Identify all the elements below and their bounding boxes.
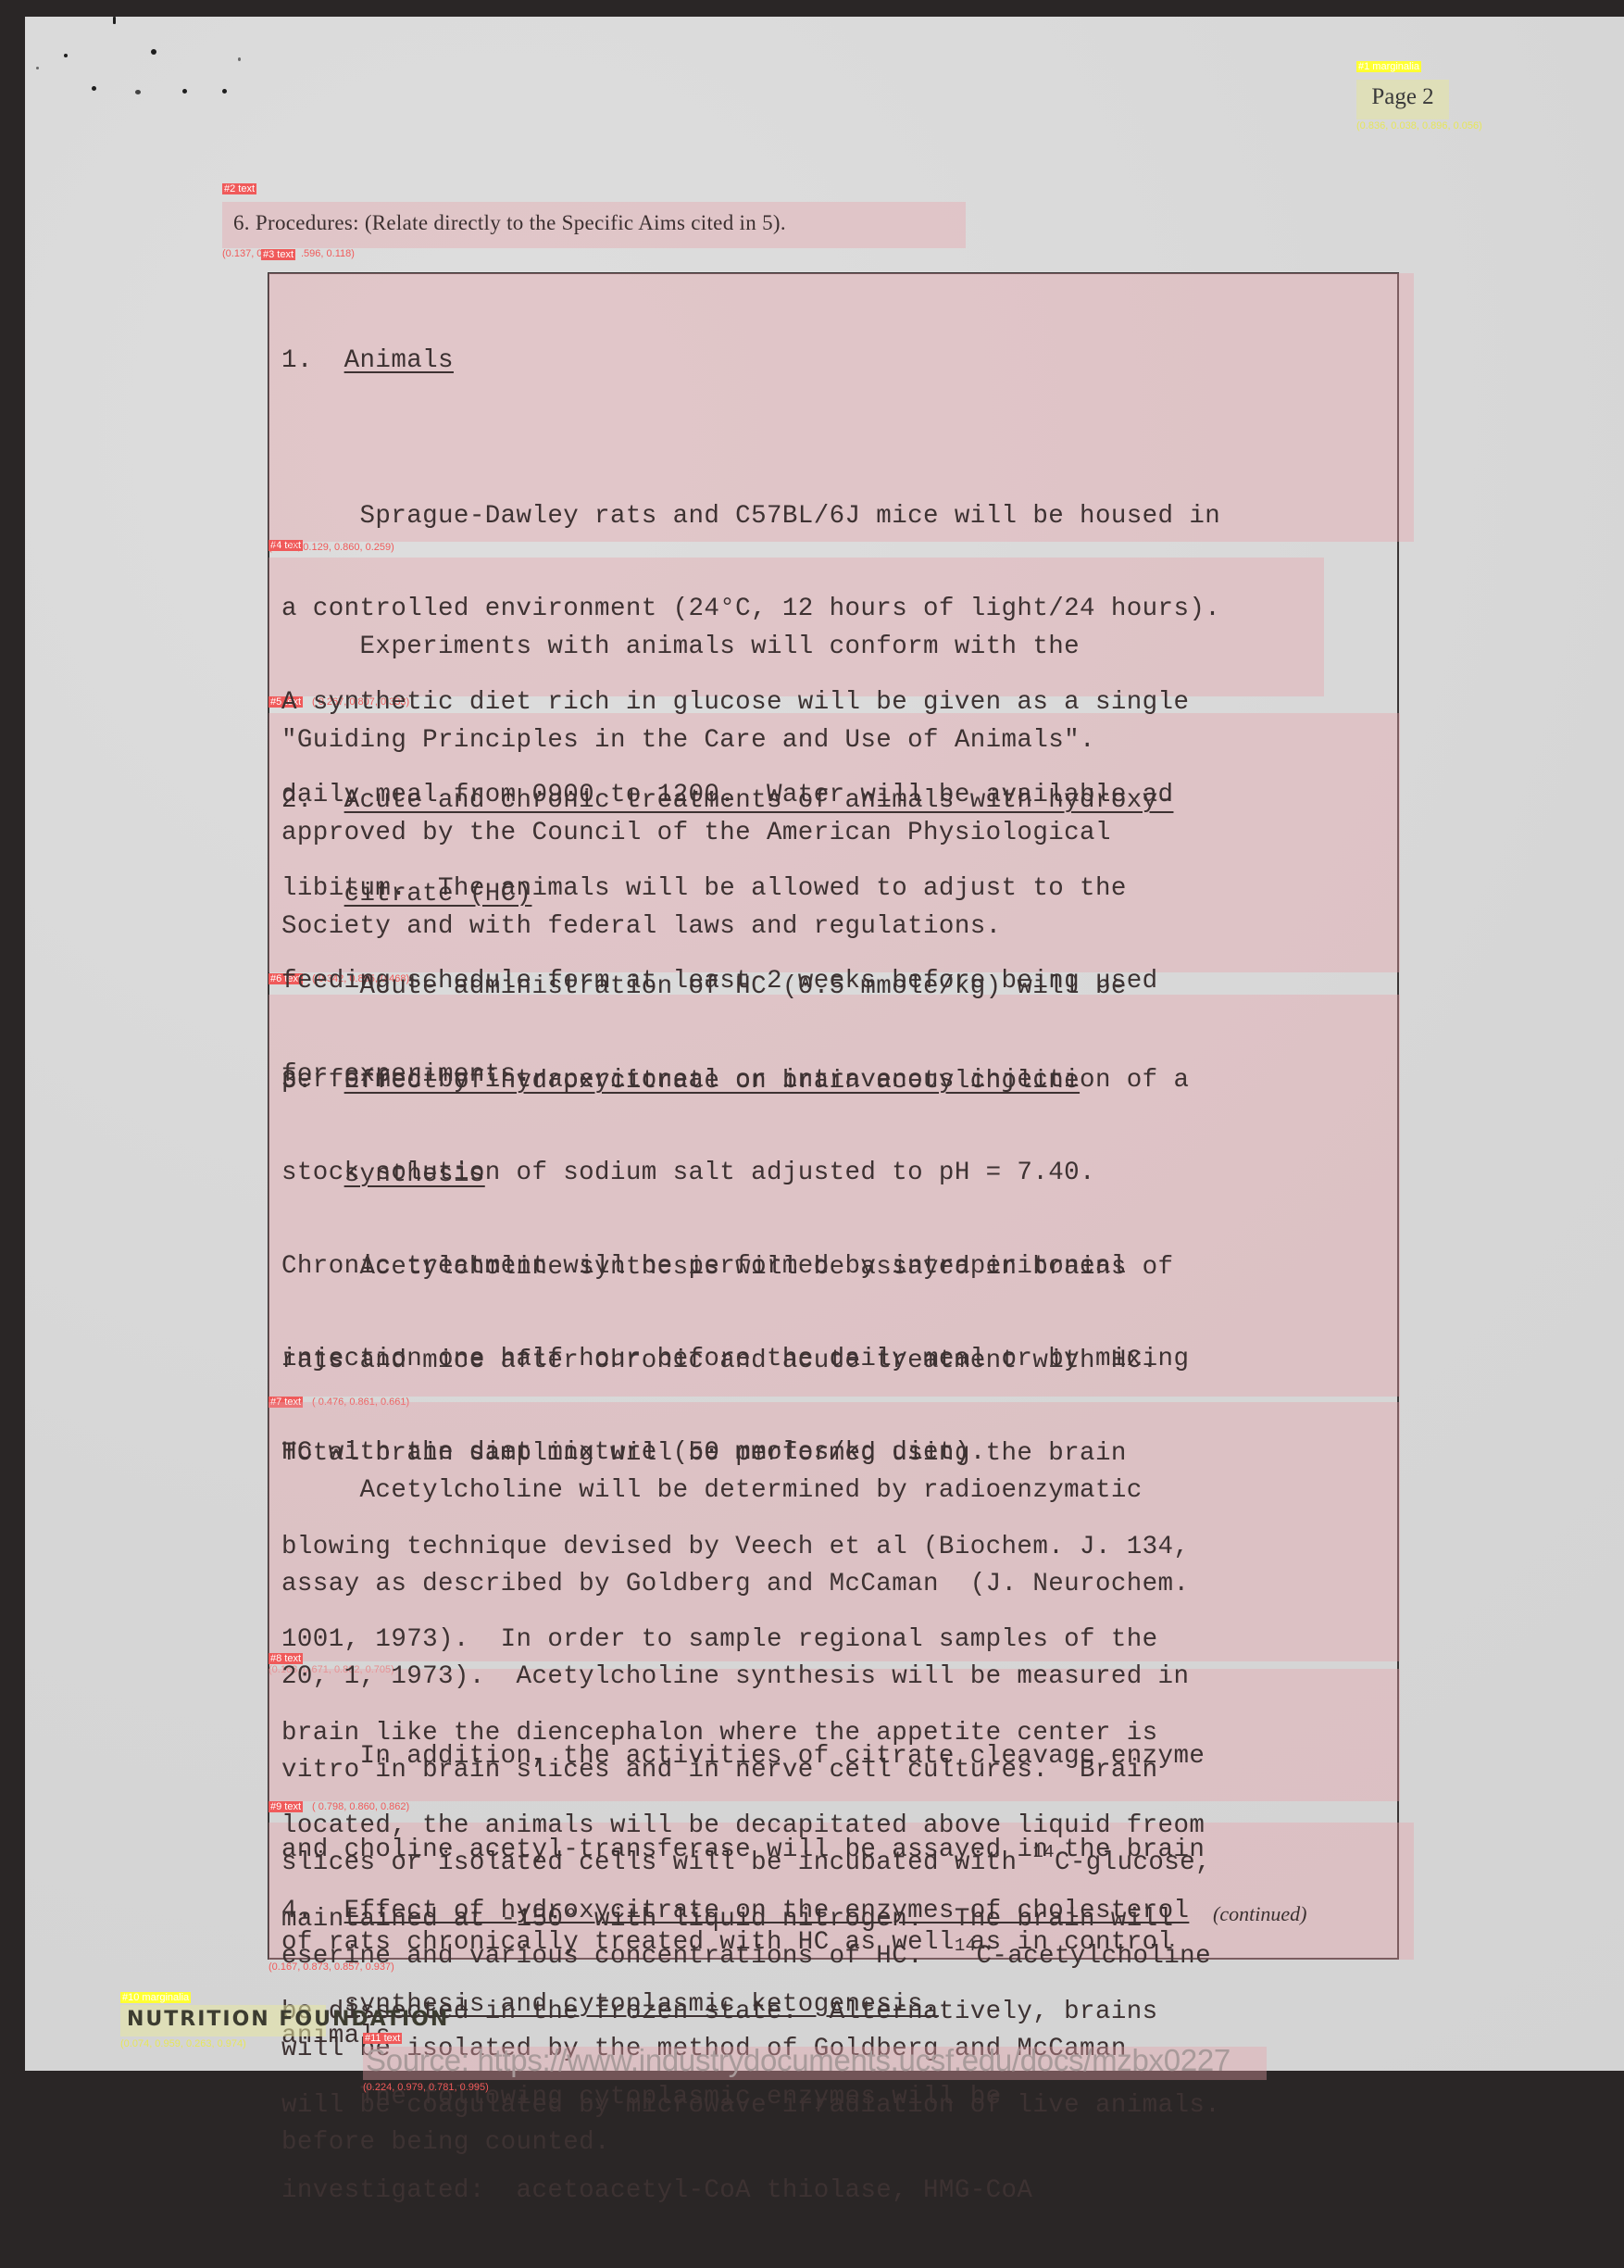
text-line: Experiments with animals will conform wi… (281, 632, 1111, 663)
text-line: Acetylcholine will be determined by radi… (281, 1475, 1211, 1507)
text-line: assay as described by Goldberg and McCam… (281, 1569, 1211, 1600)
speck (36, 67, 39, 69)
annotation-coords: .596, 0.118) (301, 248, 355, 259)
section-number: 4. (281, 1897, 313, 1925)
section-number: 1. (281, 346, 313, 375)
speck (92, 86, 96, 91)
page-number: Page 2 (1356, 80, 1449, 115)
section-title: Effect of hydroxycitrate on brain acetyl… (344, 1067, 1080, 1096)
section-title: synthesis (344, 1160, 485, 1189)
text-line: Acetylcholine synthesis will be assayed … (281, 1252, 1220, 1284)
text-line: rats and mice after chronic and acute tr… (281, 1346, 1220, 1377)
text-line: Acute administration of HC (0.5 mmole/kg… (281, 971, 1189, 1003)
section-heading: 6. Procedures: (Relate directly to the S… (233, 211, 786, 235)
annotation-tag: #10 marginalia (120, 1992, 191, 2003)
text-line: In addition, the activities of citrate c… (281, 1741, 1205, 1773)
text-line: Sprague-Dawley rats and C57BL/6J mice wi… (281, 501, 1220, 533)
section-title: Effect of hydroxycitrate on the enzymes … (344, 1897, 1190, 1925)
section-number: 2. (281, 786, 313, 815)
source-url: Source: https://www.industrydocuments.uc… (366, 2043, 1230, 2078)
annotation-tag: #2 text (222, 183, 256, 194)
speck (64, 54, 68, 57)
annotation-coords: (0.836, 0.038, 0.896, 0.056) (1356, 120, 1482, 132)
speck (182, 89, 187, 94)
section-title: Acute and chronic treatments of animals … (344, 786, 1174, 815)
annotation-coords: (0.224, 0.979, 0.781, 0.995) (363, 2082, 489, 2091)
section-title: citrate (HC) (344, 880, 532, 908)
speck (238, 57, 241, 61)
section-number: 3. (281, 1067, 313, 1096)
footer-organization: NUTRITION FOUNDATION (127, 2008, 449, 2031)
annotation-tag: #3 text (261, 249, 295, 260)
continued-label: (continued) (1213, 1902, 1306, 1926)
speck (135, 90, 141, 94)
speck (113, 17, 116, 24)
document-page: #1 marginalia (0.836, 0.038, 0.896, 0.05… (25, 17, 1624, 2071)
annotation-tag: #1 marginalia (1356, 61, 1421, 72)
section-title: Animals (344, 346, 454, 375)
speck (222, 89, 227, 94)
annotation-coords: (0.074, 0.959, 0.263, 0.974) (120, 2038, 246, 2049)
speck (151, 49, 156, 55)
